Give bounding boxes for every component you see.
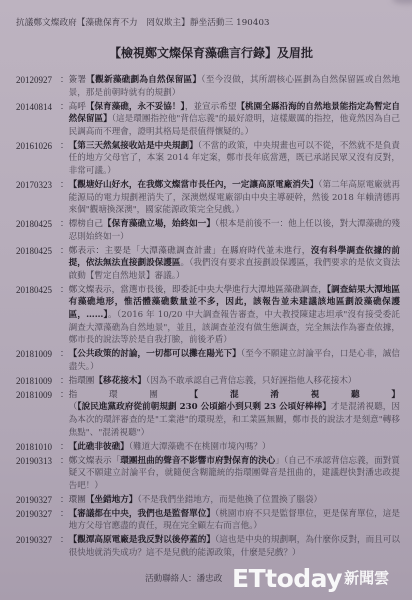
commentary-note: （這是環團指控他"背信忘義"的最好證明，這樣嚴厲的指控，他竟然因為自己民調高而不… bbox=[69, 114, 400, 137]
quoted-statement: 【觀潭高原電廠是我反對以後停蓋的】 bbox=[69, 535, 215, 545]
entry-text: 簽署 bbox=[69, 75, 87, 85]
list-item: 20190327：環團【坐錯地方】（不是我們坐錯地方，而是他換了位置換了腦袋） bbox=[16, 494, 400, 507]
entry-body: 標榜自己【保育藻礁立場，始終如一】（根本是前後不一：他上任以後，對大潭藻礁的殘忍… bbox=[69, 218, 400, 243]
entry-separator: ： bbox=[60, 508, 69, 533]
entry-date: 20161026 bbox=[16, 140, 60, 178]
entry-body: 【第三天然氣接收站是中央規劃】（不當的政策，中央規畫也可以不從，不然就不是負責任… bbox=[69, 140, 400, 178]
quoted-statement: 【保育藻礁立場，始終如一】 bbox=[103, 219, 215, 229]
entry-date: 20180425 bbox=[16, 284, 60, 347]
list-item: 20140814：高呼【保育藻礁，永不妥協！】，並宣示希望【桃園全縣沿海的自然地… bbox=[16, 101, 400, 139]
page-header: 抗議鄭文燦政府【藻礁保育不力 罔奴欺主】靜坐活動三 190403 bbox=[16, 16, 270, 28]
entry-separator: ： bbox=[60, 284, 69, 347]
entry-separator: ： bbox=[60, 534, 69, 559]
entry-body: 【此礁非彼礁】（難道大潭藻礁不在桃園市境內嗎？） bbox=[69, 441, 400, 454]
list-item: 20181009：指環團【混淆視聽】（【說民進黨政府從前朝規劃 230 公頃縮小… bbox=[16, 389, 400, 439]
entry-text: 標榜自己 bbox=[69, 219, 103, 229]
quoted-statement: 【觀塘好山好水，在我鄭文燦當市長任內，一定讓高原電廠消失】 bbox=[69, 180, 319, 190]
entry-separator: ： bbox=[60, 179, 69, 217]
entry-date: 20180425 bbox=[16, 218, 60, 243]
entry-date: 20170323 bbox=[16, 179, 60, 217]
entry-body: 指環團【混淆視聽】（【說民進黨政府從前朝規劃 230 公頃縮小到只剩 23 公頃… bbox=[69, 389, 400, 439]
list-item: 20190313：鄭文燦表示「環團扭曲的聲音不影響市府對保育的決心」（自己不承認… bbox=[16, 455, 400, 493]
entry-text: 環團 bbox=[69, 495, 86, 505]
entry-date: 20181009 bbox=[16, 348, 60, 373]
commentary-note: （因為不敢承認自己背信忘義，只好誣指他人移花接木） bbox=[146, 376, 357, 386]
entry-body: 鄭表示：主要是「大潭藻礁調查計畫」在縣府時代並未進行，沒有科學調查依據的前提，依… bbox=[69, 245, 400, 283]
list-item: 20120927：簽署【觀新藻礁劃為自然保留區】（至今沒做，其所謂核心區劃為自然… bbox=[16, 74, 400, 99]
entry-separator: ： bbox=[60, 74, 69, 99]
paper-corner-shadow bbox=[392, 0, 412, 4]
quoted-statement: 【保育藻礁，永不妥協！】 bbox=[86, 102, 185, 112]
entry-date: 20181010 bbox=[16, 441, 60, 454]
contact-person: 活動聯絡人：潘忠政 bbox=[145, 572, 222, 584]
entry-date: 20120927 bbox=[16, 74, 60, 99]
list-item: 20181009：指環團【移花接木】（因為不敢承認自己背信忘義，只好誣指他人移花… bbox=[16, 375, 400, 388]
entry-body: 鄭文燦表示，當選市長後，即委託中央大學進行大潭地區藻礁調查，【調查結果大潭地區有… bbox=[69, 284, 400, 347]
entry-separator: ： bbox=[60, 348, 69, 373]
quoted-statement: 環團扭曲的聲音不影響市府對保育的決心 bbox=[120, 456, 275, 466]
quoted-statement: 【審議都在中央，我們也是監督單位】 bbox=[69, 509, 215, 519]
quoted-statement: 【第三天然氣接收站是中央規劃】 bbox=[69, 141, 198, 151]
list-item: 20170323：【觀塘好山好水，在我鄭文燦當市長任內，一定讓高原電廠消失】（第… bbox=[16, 179, 400, 217]
document-title: 【檢視鄭文燦保育藻礁言行錄】及眉批 bbox=[0, 44, 412, 61]
list-item: 20190327：【審議都在中央，我們也是監督單位】（桃園市府不只是監督單位，更… bbox=[16, 508, 400, 533]
watermark-suffix: 新聞雲 bbox=[344, 571, 389, 586]
entry-body: 環團【坐錯地方】（不是我們坐錯地方，而是他換了位置換了腦袋） bbox=[69, 494, 400, 507]
quoted-statement: 【公共政策的討論，一切都可以攤在陽光下】 bbox=[69, 349, 241, 359]
list-item: 20181010：【此礁非彼礁】（難道大潭藻礁不在桃園市境內嗎？） bbox=[16, 441, 400, 454]
entry-text: ，並宣示希望 bbox=[185, 102, 237, 112]
quoted-statement: 【說民進黨政府從前朝規劃 230 公頃縮小到只剩 23 公頃好棒棒】 bbox=[77, 402, 331, 412]
entry-body: 【審議都在中央，我們也是監督單位】（桃園市府不只是監督單位，更是保育單位，這是地… bbox=[69, 508, 400, 533]
ettoday-watermark: ETtoday 新聞雲 bbox=[232, 563, 389, 593]
list-item: 20180425：鄭表示：主要是「大潭藻礁調查計畫」在縣府時代並未進行，沒有科學… bbox=[16, 245, 400, 283]
entries-list: 20120927：簽署【觀新藻礁劃為自然保留區】（至今沒做，其所謂核心區劃為自然… bbox=[16, 74, 400, 561]
entry-date: 20140814 bbox=[16, 101, 60, 139]
list-item: 20161026：【第三天然氣接收站是中央規劃】（不當的政策，中央規畫也可以不從… bbox=[16, 140, 400, 178]
entry-text: 鄭表示：主要是「大潭藻礁調查計畫」在縣府時代並未進行， bbox=[69, 246, 311, 256]
entry-text: 鄭文燦表示，當選市長後，即委託中央大學進行大潭地區藻礁調查， bbox=[69, 285, 327, 295]
entry-date: 20181009 bbox=[16, 375, 60, 388]
entry-text: 指環團 bbox=[69, 376, 95, 386]
quoted-statement: 【移花接木】 bbox=[94, 376, 146, 386]
entry-separator: ： bbox=[60, 218, 69, 243]
entry-body: 簽署【觀新藻礁劃為自然保留區】（至今沒做，其所謂核心區劃為自然保留區或自然地景，… bbox=[69, 74, 400, 99]
entry-separator: ： bbox=[60, 245, 69, 283]
entry-body: 【公共政策的討論，一切都可以攤在陽光下】（至今不願建立討論平台，口是心非，誠信盡… bbox=[69, 348, 400, 373]
list-item: 20180425：標榜自己【保育藻礁立場，始終如一】（根本是前後不一：他上任以後… bbox=[16, 218, 400, 243]
quoted-statement: 【此礁非彼礁】 bbox=[69, 442, 129, 452]
entry-text: 指環團 bbox=[69, 390, 190, 400]
entry-date: 20190327 bbox=[16, 508, 60, 533]
entry-date: 20190313 bbox=[16, 455, 60, 493]
entry-body: 高呼【保育藻礁，永不妥協！】，並宣示希望【桃園全縣沿海的自然地景能指定為暫定自然… bbox=[69, 101, 400, 139]
entry-body: 鄭文燦表示「環團扭曲的聲音不影響市府對保育的決心」（自己不承認背信忘義，面對質疑… bbox=[69, 455, 400, 493]
entry-text: 高呼 bbox=[69, 102, 86, 112]
commentary-note: 。（2016 年 10/20 中大調查報告審查，中大教授陳建志坦承"沒有接受委託… bbox=[69, 310, 400, 345]
list-item: 20181009：【公共政策的討論，一切都可以攤在陽光下】（至今不願建立討論平台… bbox=[16, 348, 400, 373]
entry-separator: ： bbox=[60, 101, 69, 139]
document-page: 抗議鄭文燦政府【藻礁保育不力 罔奴欺主】靜坐活動三 190403 【檢視鄭文燦保… bbox=[0, 0, 412, 600]
watermark-logo: ETtoday bbox=[232, 566, 342, 591]
entry-separator: ： bbox=[60, 389, 69, 439]
entry-text: 鄭文燦表示「 bbox=[69, 456, 121, 466]
entry-date: 20180425 bbox=[16, 245, 60, 283]
entry-date: 20190327 bbox=[16, 494, 60, 507]
entry-body: 指環團【移花接木】（因為不敢承認自己背信忘義，只好誣指他人移花接木） bbox=[69, 375, 400, 388]
quoted-statement: 【混淆視聽】 bbox=[190, 390, 400, 400]
commentary-note: （不是我們坐錯地方，而是他換了位置換了腦袋） bbox=[137, 495, 322, 505]
entry-separator: ： bbox=[60, 441, 69, 454]
entry-separator: ： bbox=[60, 375, 69, 388]
commentary-note: （難道大潭藻礁不在桃園市境內嗎？） bbox=[129, 442, 271, 452]
list-item: 20180425：鄭文燦表示，當選市長後，即委託中央大學進行大潭地區藻礁調查，【… bbox=[16, 284, 400, 347]
commentary-note: （ bbox=[69, 402, 78, 412]
quoted-statement: 【坐錯地方】 bbox=[86, 495, 138, 505]
entry-separator: ： bbox=[60, 494, 69, 507]
entry-separator: ： bbox=[60, 140, 69, 178]
entry-date: 20181009 bbox=[16, 389, 60, 439]
entry-body: 【觀潭高原電廠是我反對以後停蓋的】（這也是中央的規劃啊，為什麼你反對，而且可以很… bbox=[69, 534, 400, 559]
entry-separator: ： bbox=[60, 455, 69, 493]
list-item: 20190327：【觀潭高原電廠是我反對以後停蓋的】（這也是中央的規劃啊，為什麼… bbox=[16, 534, 400, 559]
entry-body: 【觀塘好山好水，在我鄭文燦當市長任內，一定讓高原電廠消失】（第二年高原電廠就再能… bbox=[69, 179, 400, 217]
quoted-statement: 【觀新藻礁劃為自然保留區】 bbox=[86, 75, 201, 85]
entry-date: 20190327 bbox=[16, 534, 60, 559]
